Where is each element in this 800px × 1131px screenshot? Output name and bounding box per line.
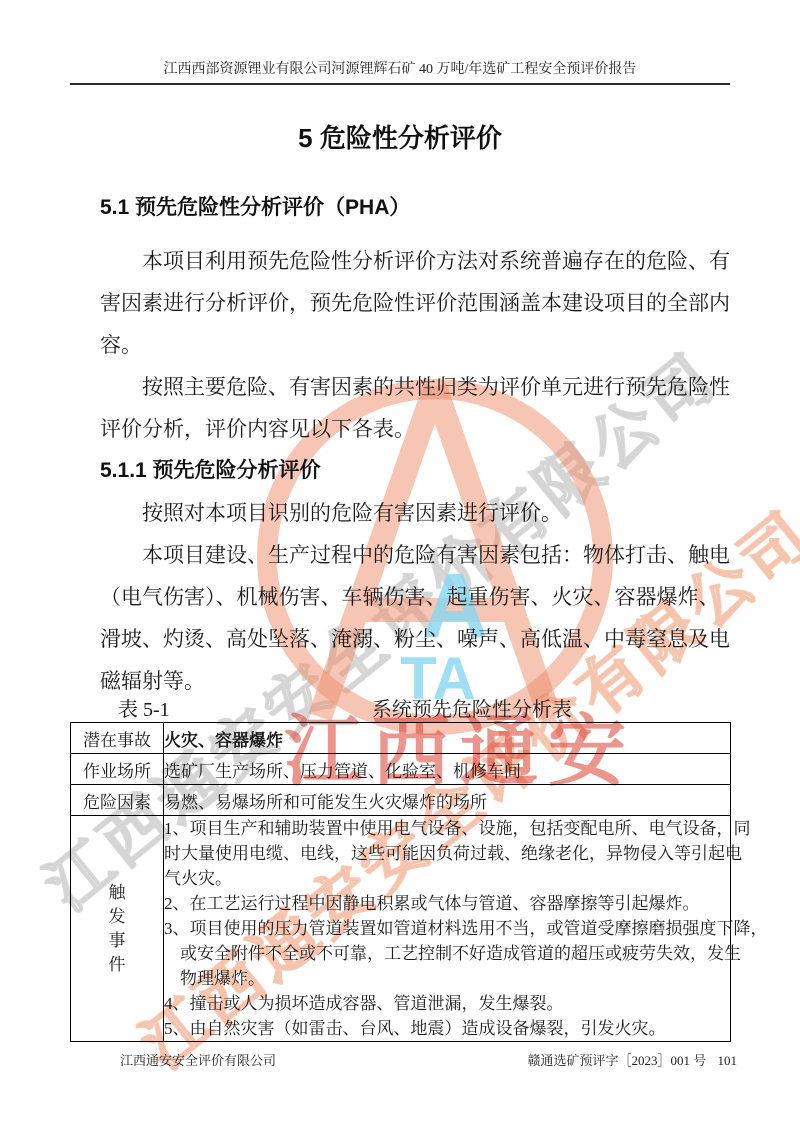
trigger-event-line: 5、由自然灾害（如雷击、台风、地震）造成设备爆裂，引发火灾。 (164, 1016, 730, 1041)
table-row-trigger-events: 触发事件 1、项目生产和辅助装置中使用电气设备、设施，包括变配电所、电气设备，同… (71, 816, 731, 1042)
paragraph-2: 按照主要危险、有害因素的共性归类为评价单元进行预先危险性评价分析，评价内容见以下… (100, 366, 704, 450)
row-label: 潜在事故 (71, 723, 164, 754)
paragraph-4: 本项目建设、生产过程中的危险有害因素包括：物体打击、触电（电气伤害）、机械伤害、… (100, 534, 704, 702)
footer-doc-number-group: 赣通选矿预评字［2023］001 号 101 (519, 1050, 737, 1069)
trigger-event-line: 1、项目生产和辅助装置中使用电气设备、设施，包括变配电所、电气设备，同 (164, 816, 730, 841)
vertical-label-char: 事 (71, 929, 163, 953)
vertical-label-char: 发 (71, 905, 163, 929)
text-line: 滑坡、灼烫、高处坠落、淹溺、粉尘、噪声、高低温、中毒窒息及电 (100, 618, 704, 660)
trigger-events-cell: 1、项目生产和辅助装置中使用电气设备、设施，包括变配电所、电气设备，同时大量使用… (164, 816, 731, 1042)
trigger-event-line: 4、撞击或人为损坏造成容器、管道泄漏，发生爆裂。 (164, 991, 730, 1016)
row-label: 作业场所 (71, 754, 164, 785)
body-text: 本项目利用预先危险性分析评价方法对系统普遍存在的危险、有害因素进行分析评价，预先… (100, 240, 704, 702)
table-row-work-place: 作业场所 选矿厂生产场所、压力管道、化验室、机修车间 (71, 754, 731, 785)
vertical-label-char: 件 (71, 953, 163, 977)
text-line: 害因素进行分析评价，预先危险性评价范围涵盖本建设项目的全部内 (100, 282, 704, 324)
subsection-title: 5.1.1 预先危险分析评价 (100, 450, 704, 492)
table-caption-label: 表 5-1 (118, 693, 170, 722)
trigger-event-line: 时大量使用电缆、电线，这些可能因负荷过载、绝缘老化，异物侵入等引起电 (164, 841, 730, 866)
row-label: 危险因素 (71, 785, 164, 816)
footer-company: 江西通安安全评价有限公司 (120, 1050, 276, 1069)
table-row-hazard-factor: 危险因素 易燃、易爆场所和可能发生火灾爆炸的场所 (71, 785, 731, 816)
text-line: 评价分析，评价内容见以下各表。 (100, 408, 704, 450)
pha-analysis-table: 潜在事故 火灾、容器爆炸 作业场所 选矿厂生产场所、压力管道、化验室、机修车间 … (70, 722, 731, 1042)
table-caption-title: 系统预先危险性分析表 (192, 693, 752, 722)
table-caption: 表 5-1 系统预先危险性分析表 (70, 694, 730, 720)
row-value: 易燃、易爆场所和可能发生火灾爆炸的场所 (164, 785, 731, 816)
trigger-event-line: 2、在工艺运行过程中因静电积累或气体与管道、容器摩擦等引起爆炸。 (164, 891, 730, 916)
chapter-title: 5 危险性分析评价 (0, 118, 800, 155)
footer-doc-number: 赣通选矿预评字［2023］001 号 (527, 1053, 706, 1068)
page-footer: 江西通安安全评价有限公司 赣通选矿预评字［2023］001 号 101 (70, 1050, 737, 1069)
page-header: 江西西部资源锂业有限公司河源锂辉石矿 40 万吨/年选矿工程安全预评价报告 (70, 58, 730, 85)
text-line: 本项目建设、生产过程中的危险有害因素包括：物体打击、触电 (100, 534, 704, 576)
paragraph-3: 按照对本项目识别的危险有害因素进行评价。 (100, 492, 704, 534)
text-line: 容。 (100, 324, 704, 366)
trigger-event-line: 物理爆炸。 (164, 966, 730, 991)
paragraph-1: 本项目利用预先危险性分析评价方法对系统普遍存在的危险、有害因素进行分析评价，预先… (100, 240, 704, 366)
row-label-vertical: 触发事件 (71, 816, 164, 1042)
document-page: 江西通安安全评价有限公司 江西通安安全评价有限公司 A TA 江西通安 江西西部… (0, 0, 800, 1131)
footer-page-number: 101 (718, 1053, 738, 1068)
report-title: 江西西部资源锂业有限公司河源锂辉石矿 40 万吨/年选矿工程安全预评价报告 (164, 62, 637, 77)
document-content: 江西西部资源锂业有限公司河源锂辉石矿 40 万吨/年选矿工程安全预评价报告 5 … (0, 0, 800, 1131)
text-line: 按照对本项目识别的危险有害因素进行评价。 (100, 492, 704, 534)
trigger-event-line: 气火灾。 (164, 866, 730, 891)
row-value: 火灾、容器爆炸 (164, 723, 731, 754)
vertical-label-char: 触 (71, 881, 163, 905)
text-line: 按照主要危险、有害因素的共性归类为评价单元进行预先危险性 (100, 366, 704, 408)
section-title: 5.1 预先危险性分析评价（PHA） (100, 191, 410, 221)
text-line: 本项目利用预先危险性分析评价方法对系统普遍存在的危险、有 (100, 240, 704, 282)
row-value: 选矿厂生产场所、压力管道、化验室、机修车间 (164, 754, 731, 785)
trigger-event-line: 或安全附件不全或不可靠，工艺控制不好造成管道的超压或疲劳失效，发生 (164, 941, 730, 966)
text-line: （电气伤害）、机械伤害、车辆伤害、起重伤害、火灾、容器爆炸、 (100, 576, 704, 618)
trigger-event-line: 3、项目使用的压力管道装置如管道材料选用不当，或管道受摩擦磨损强度下降， (164, 916, 730, 941)
table-row-potential-accident: 潜在事故 火灾、容器爆炸 (71, 723, 731, 754)
